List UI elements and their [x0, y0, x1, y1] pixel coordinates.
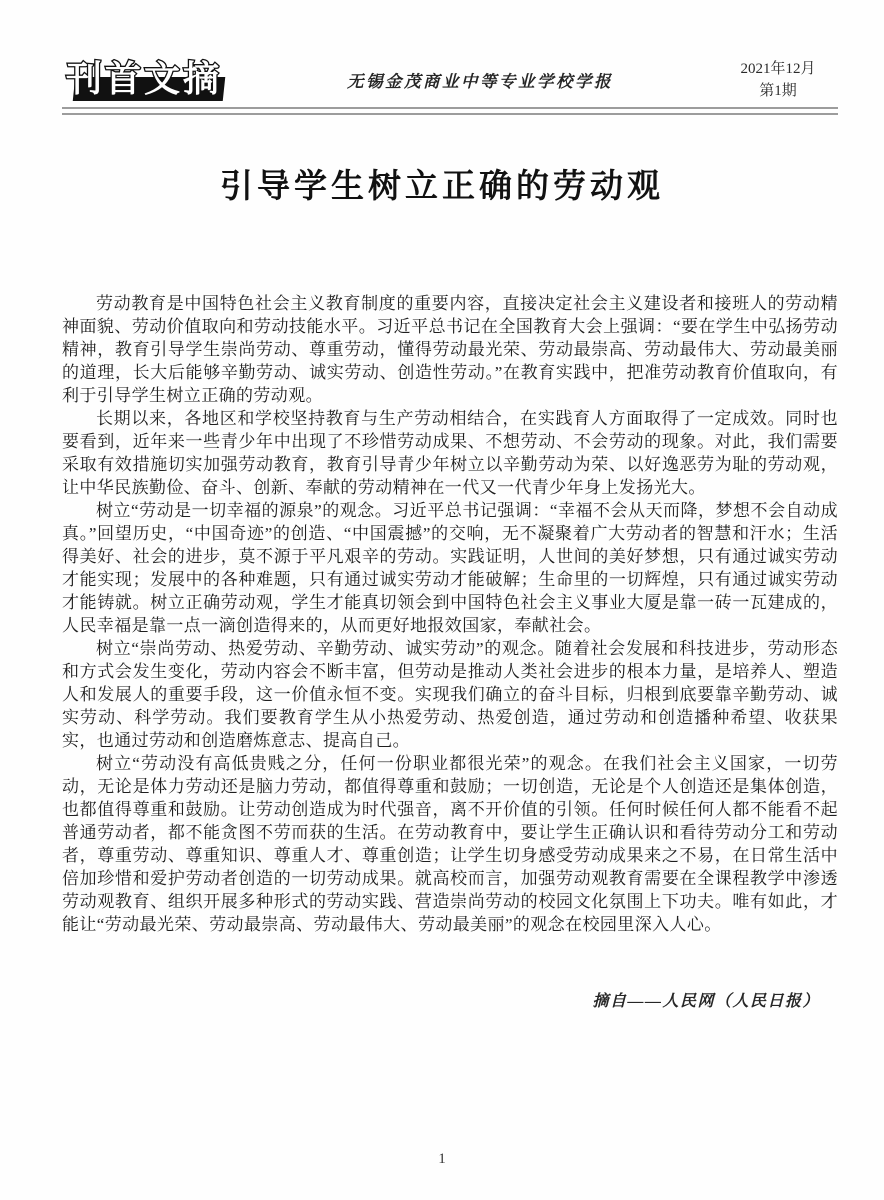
- paragraph: 树立“劳动是一切幸福的源泉”的观念。习近平总书记强调：“幸福不会从天而降，梦想不…: [62, 499, 838, 637]
- page-header: 刊首文摘 无锡金茂商业中等专业学校学报 2021年12月 第1期: [62, 52, 838, 108]
- issue-info: 2021年12月 第1期: [718, 58, 838, 102]
- header-divider: [62, 107, 838, 115]
- paragraph: 劳动教育是中国特色社会主义教育制度的重要内容，直接决定社会主义建设者和接班人的劳…: [62, 292, 838, 407]
- article-title: 引导学生树立正确的劳动观: [0, 160, 884, 207]
- paragraph: 长期以来，各地区和学校坚持教育与生产劳动相结合，在实践育人方面取得了一定成效。同…: [62, 407, 838, 499]
- issue-number: 第1期: [718, 80, 838, 102]
- journal-logo: 刊首文摘: [62, 51, 242, 110]
- journal-name: 无锡金茂商业中等专业学校学报: [242, 68, 718, 92]
- journal-page: 刊首文摘 无锡金茂商业中等专业学校学报 2021年12月 第1期 引导学生树立正…: [0, 0, 884, 1200]
- paragraph: 树立“劳动没有高低贵贱之分，任何一份职业都很光荣”的观念。在我们社会主义国家，一…: [62, 752, 838, 936]
- paragraph: 树立“崇尚劳动、热爱劳动、辛勤劳动、诚实劳动”的观念。随着社会发展和科技进步，劳…: [62, 637, 838, 752]
- logo-text: 刊首文摘: [66, 58, 222, 99]
- source-attribution: 摘自——人民网（人民日报）: [62, 988, 838, 1011]
- article-body: 劳动教育是中国特色社会主义教育制度的重要内容，直接决定社会主义建设者和接班人的劳…: [62, 292, 838, 936]
- issue-date: 2021年12月: [718, 58, 838, 80]
- journal-logo-graphic: 刊首文摘: [62, 51, 234, 105]
- page-number: 1: [0, 1151, 884, 1168]
